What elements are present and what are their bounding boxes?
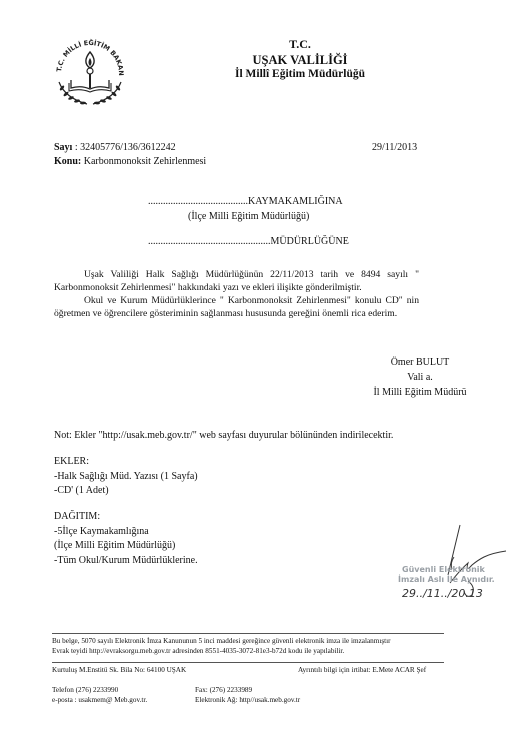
footer-contact-person: Ayrıntılı bilgi için irtibat: E.Mete ACA… [298, 666, 426, 676]
body-paragraph-2: Okul ve Kurum Müdürlüklerince " Karbonmo… [54, 294, 419, 320]
signature-block: Ömer BULUT Vali a. İl Milli Eğitim Müdür… [350, 355, 490, 400]
attachments-list: EKLER: -Halk Sağlığı Müd. Yazısı (1 Sayf… [54, 455, 198, 499]
footer-website: Elektronik Ağ: http//usak.meb.gov.tr [195, 696, 300, 706]
footer-phone: Telefon (276) 2233990 [52, 686, 118, 696]
esign-line-1: Bu belge, 5070 sayılı Elektronik İmza Ka… [52, 637, 391, 647]
footer-fax: Fax: (276) 2233989 [195, 686, 252, 696]
attachment-item: -CD' (1 Adet) [54, 484, 198, 499]
attachment-item: -Halk Sağlığı Müd. Yazısı (1 Sayfa) [54, 470, 198, 485]
signatory-position: İl Milli Eğitim Müdürü [350, 385, 490, 400]
distribution-item: (İlçe Milli Eğitim Müdürlüğü) [54, 539, 198, 554]
konu-label: Konu: [54, 156, 81, 167]
ministry-emblem-icon: T.C. MİLLİ EĞİTİM BAKANLIĞI [47, 28, 133, 114]
stamp-line-1: Güvenli Elektronik [402, 565, 485, 574]
esign-line-2: Evrak teyidi http://evraksorgu.meb.gov.t… [52, 647, 391, 657]
addressee-kaymakamlik: ........................................… [148, 196, 343, 207]
header-directorate: İl Millî Eğitim Müdürlüğü [150, 68, 450, 80]
certification-stamp: Güvenli Elektronik İmzalı Aslı İle Aynıd… [380, 515, 510, 605]
esign-notice: Bu belge, 5070 sayılı Elektronik İmza Ka… [52, 637, 391, 656]
footer-divider-1 [52, 633, 444, 634]
footer-address: Kurtuluş M.Enstitü Sk. Bila No: 64100 UŞ… [52, 666, 186, 676]
signatory-title: Vali a. [350, 370, 490, 385]
footer-email: e-posta : usakmem@ Meb.gov.tr. [52, 696, 147, 706]
stamp-date: 29../11../20.13 [402, 587, 483, 600]
sayi-value: : 32405776/136/3612242 [75, 142, 176, 153]
distribution-list: DAĞITIM: -5İlçe Kaymakamlığına (İlçe Mil… [54, 510, 198, 568]
signatory-name: Ömer BULUT [350, 355, 490, 370]
document-number: Sayı : 32405776/136/3612242 [54, 142, 176, 153]
distribution-title: DAĞITIM: [54, 510, 198, 525]
sayi-label: Sayı [54, 142, 72, 153]
addressee-mudurluk: ........................................… [148, 236, 349, 247]
footer-divider-2 [52, 662, 444, 663]
svg-text:T.C. MİLLİ EĞİTİM BAKANLIĞI: T.C. MİLLİ EĞİTİM BAKANLIĞI [47, 28, 125, 76]
header-tc: T.C. [150, 37, 450, 52]
attachments-title: EKLER: [54, 455, 198, 470]
note-text: Not: Ekler "http://usak.meb.gov.tr/" web… [54, 430, 393, 441]
document-date: 29/11/2013 [372, 142, 417, 153]
stamp-line-2: İmzalı Aslı İle Aynıdır. [398, 575, 495, 584]
konu-value: Karbonmonoksit Zehirlenmesi [84, 156, 206, 167]
ministry-logo: T.C. MİLLİ EĞİTİM BAKANLIĞI [47, 28, 133, 114]
body-paragraph-1: Uşak Valiliği Halk Sağlığı Müdürlüğünün … [54, 268, 419, 294]
distribution-item: -5İlçe Kaymakamlığına [54, 525, 198, 540]
header-governorship: UŞAK VALİLİĞİ [150, 53, 450, 68]
document-subject: Konu: Karbonmonoksit Zehirlenmesi [54, 156, 206, 167]
distribution-item: -Tüm Okul/Kurum Müdürlüklerine. [54, 554, 198, 569]
addressee-sub: (İlçe Milli Eğitim Müdürlüğü) [188, 211, 309, 222]
